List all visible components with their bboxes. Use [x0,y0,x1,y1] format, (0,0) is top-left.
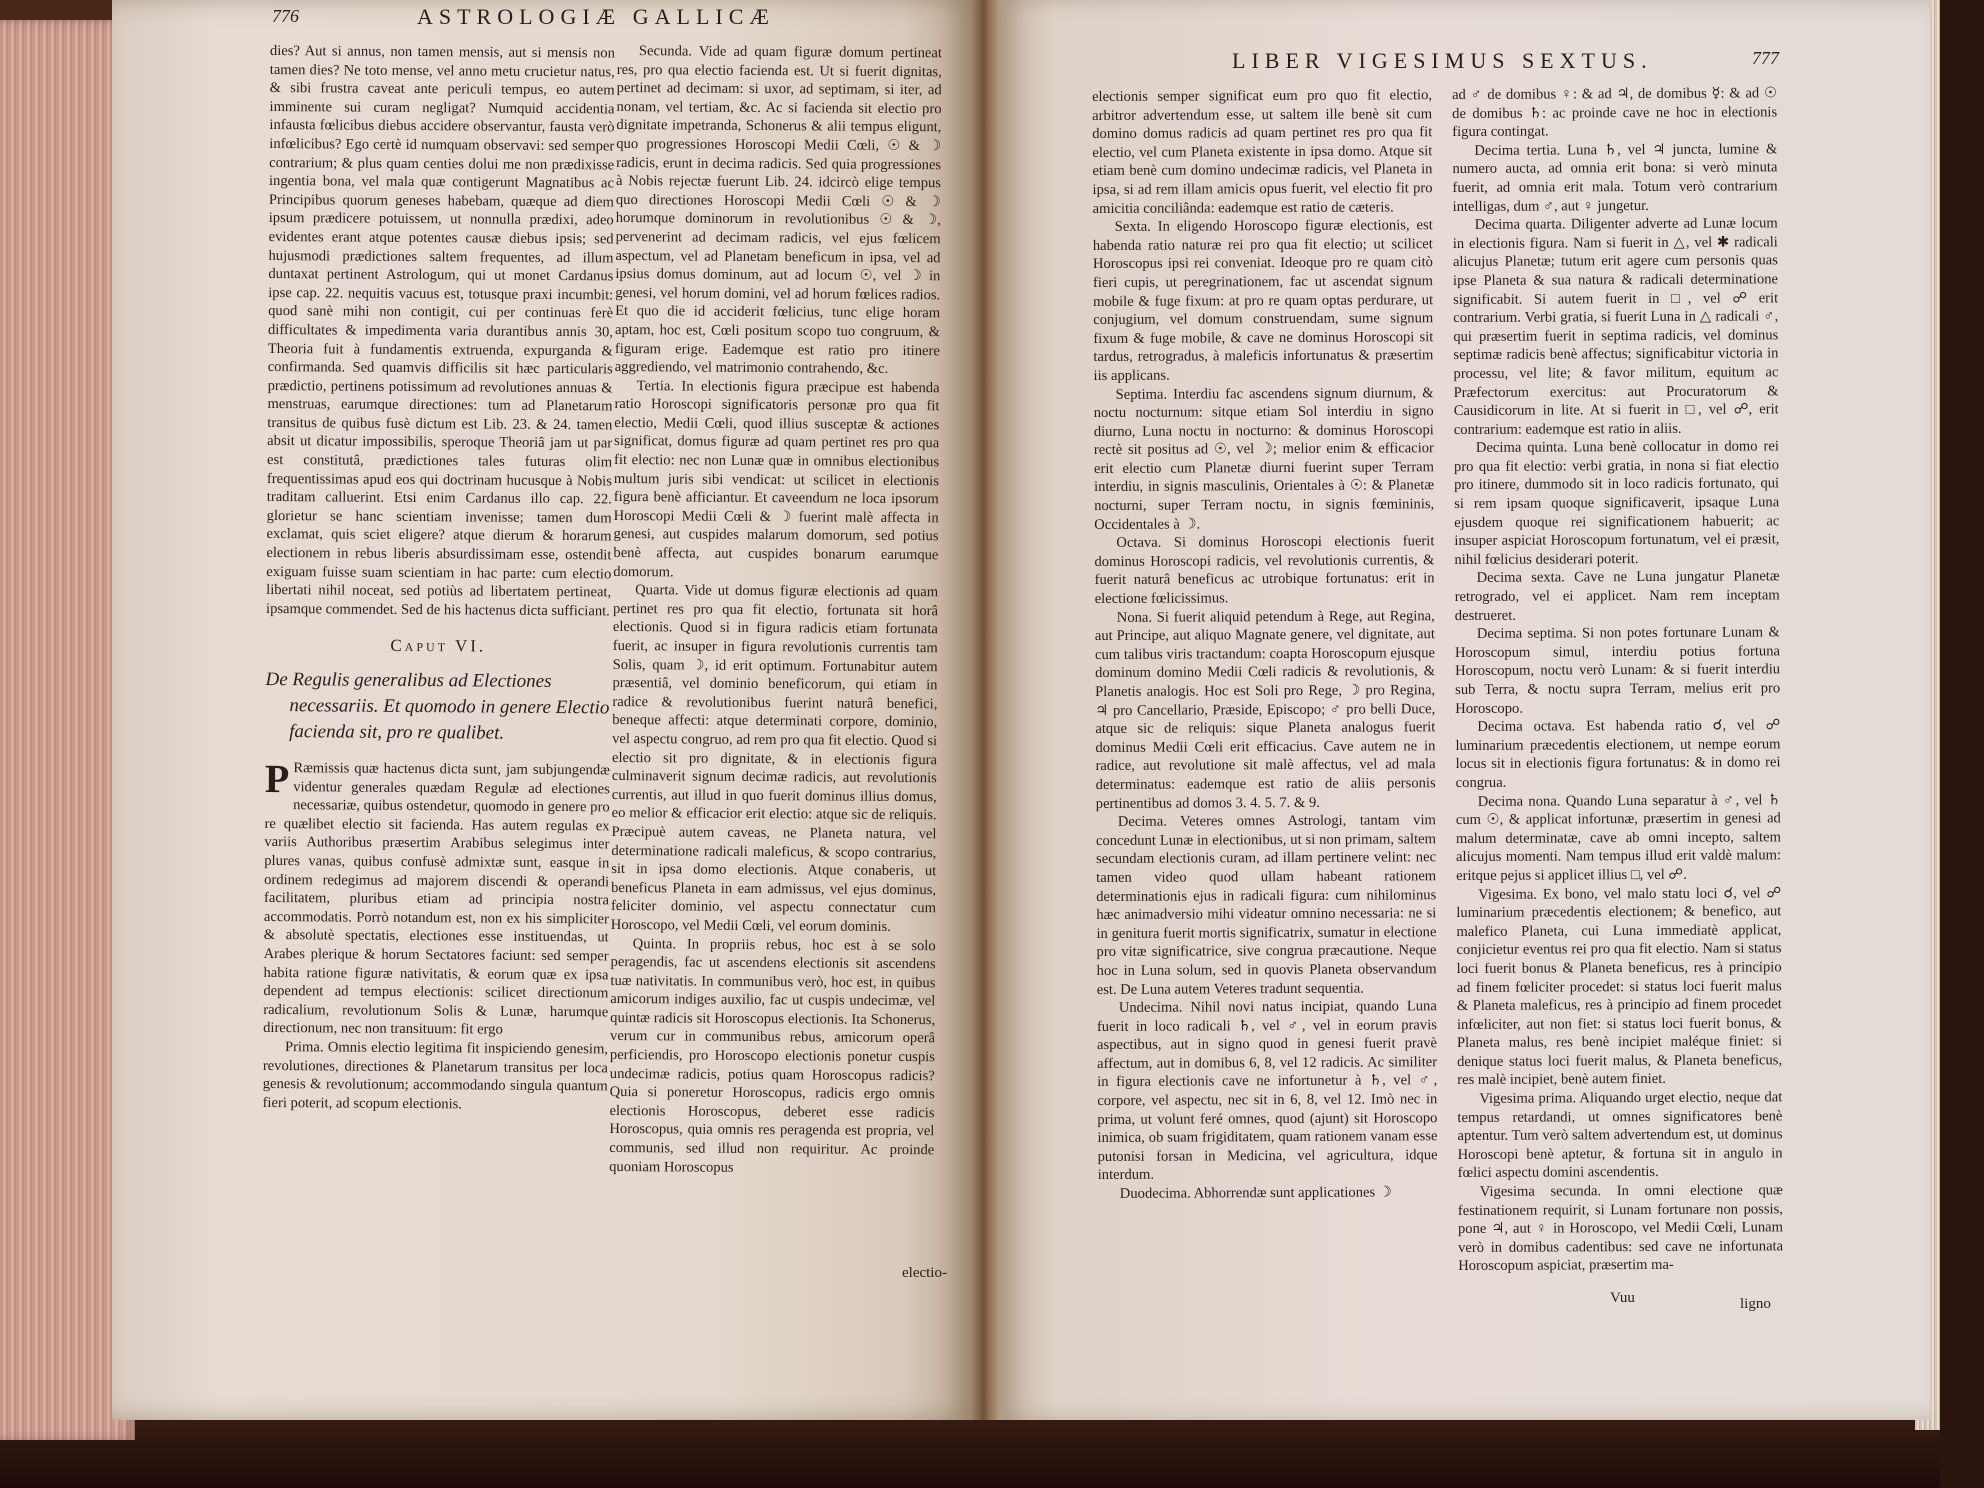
right-running-head: LIBER VIGESIMUS SEXTUS. [1232,48,1653,74]
left-column-2: Secunda. Vide ad quam figuræ domum perti… [609,42,942,1178]
chapter-title: De Regulis generalibus ad Electiones nec… [265,667,611,747]
paragraph: Vigesima prima. Aliquando urget electio,… [1457,1088,1782,1183]
right-column-1: electionis semper significat eum pro quo… [1092,86,1438,1203]
paragraph: Tertia. In electionis figura præcipue es… [613,377,939,584]
left-catchword: electio- [902,1265,947,1282]
paragraph: Duodecima. Abhorrendæ sunt applicationes… [1098,1183,1438,1203]
paragraph: Decima quinta. Luna benè collocatur in d… [1454,438,1780,570]
paragraph: Secunda. Vide ad quam figuræ domum perti… [615,42,942,379]
paragraph: ad ♂ de domibus ♀: & ad ♃, de domibus ☿:… [1452,84,1777,141]
paragraph: Vigesima. Ex bono, vel malo statu loci ☌… [1456,884,1782,1090]
paragraph: Decima sexta. Cave ne Luna jungatur Plan… [1455,568,1780,625]
paragraph: Vigesima secunda. In omni electione quæ … [1458,1181,1783,1276]
paragraph: Decima septima. Si non potes fortunare L… [1455,624,1780,719]
book-cover-edge [1940,0,1984,1488]
paragraph-with-dropcap: PRæmissis quæ hactenus dicta sunt, jam s… [263,759,610,1040]
paragraph: Decima nona. Quando Luna separatur à ♂, … [1456,791,1781,886]
paragraph: Decima. Veteres omnes Astrologi, tantam … [1096,811,1437,999]
right-column-2: ad ♂ de domibus ♀: & ad ♃, de domibus ☿:… [1452,84,1783,1276]
paragraph: Decima quarta. Diligenter adverte ad Lun… [1453,214,1779,439]
paragraph: Septima. Interdiu fac ascendens signum d… [1094,384,1435,535]
paragraph: Quinta. In propriis rebus, hoc est à se … [609,934,936,1178]
chapter-heading: Caput VI. [266,636,611,657]
right-page: LIBER VIGESIMUS SEXTUS. 777 electionis s… [1000,0,1930,1420]
paragraph: electionis semper significat eum pro quo… [1092,86,1433,218]
paragraph: Undecima. Nihil novi natus incipiat, qua… [1097,997,1438,1185]
left-page: 776 ASTROLOGIÆ GALLICÆ dies? Aut si annu… [112,0,972,1420]
dropcap-letter: P [265,761,290,797]
paragraph: Prima. Omnis electio legitima fit inspic… [263,1038,609,1115]
left-running-head: ASTROLOGIÆ GALLICÆ [417,4,775,30]
paragraph: Decima tertia. Luna ♄, vel ♃ juncta, lum… [1452,140,1777,216]
right-folio-number: 777 [1752,48,1779,69]
printer-signature-mark: Vuu [1610,1290,1635,1307]
paragraph: Sexta. In eligendo Horoscopo figuræ elec… [1093,216,1434,385]
paragraph-text: Ræmissis quæ hactenus dicta sunt, jam su… [263,760,610,1038]
paragraph: Nona. Si fuerit aliquid petendum à Rege,… [1095,607,1436,813]
paragraph: Octava. Si dominus Horoscopi electionis … [1094,532,1434,608]
paragraph: dies? Aut si annus, non tamen mensis, au… [266,42,615,621]
left-column-1: dies? Aut si annus, non tamen mensis, au… [263,42,615,1115]
left-folio-number: 776 [272,6,299,27]
right-catchword: ligno [1740,1296,1771,1313]
paragraph: Quarta. Vide ut domus figuræ electionis … [611,581,938,937]
paragraph: Decima octava. Est habenda ratio ☌, vel … [1455,716,1780,792]
